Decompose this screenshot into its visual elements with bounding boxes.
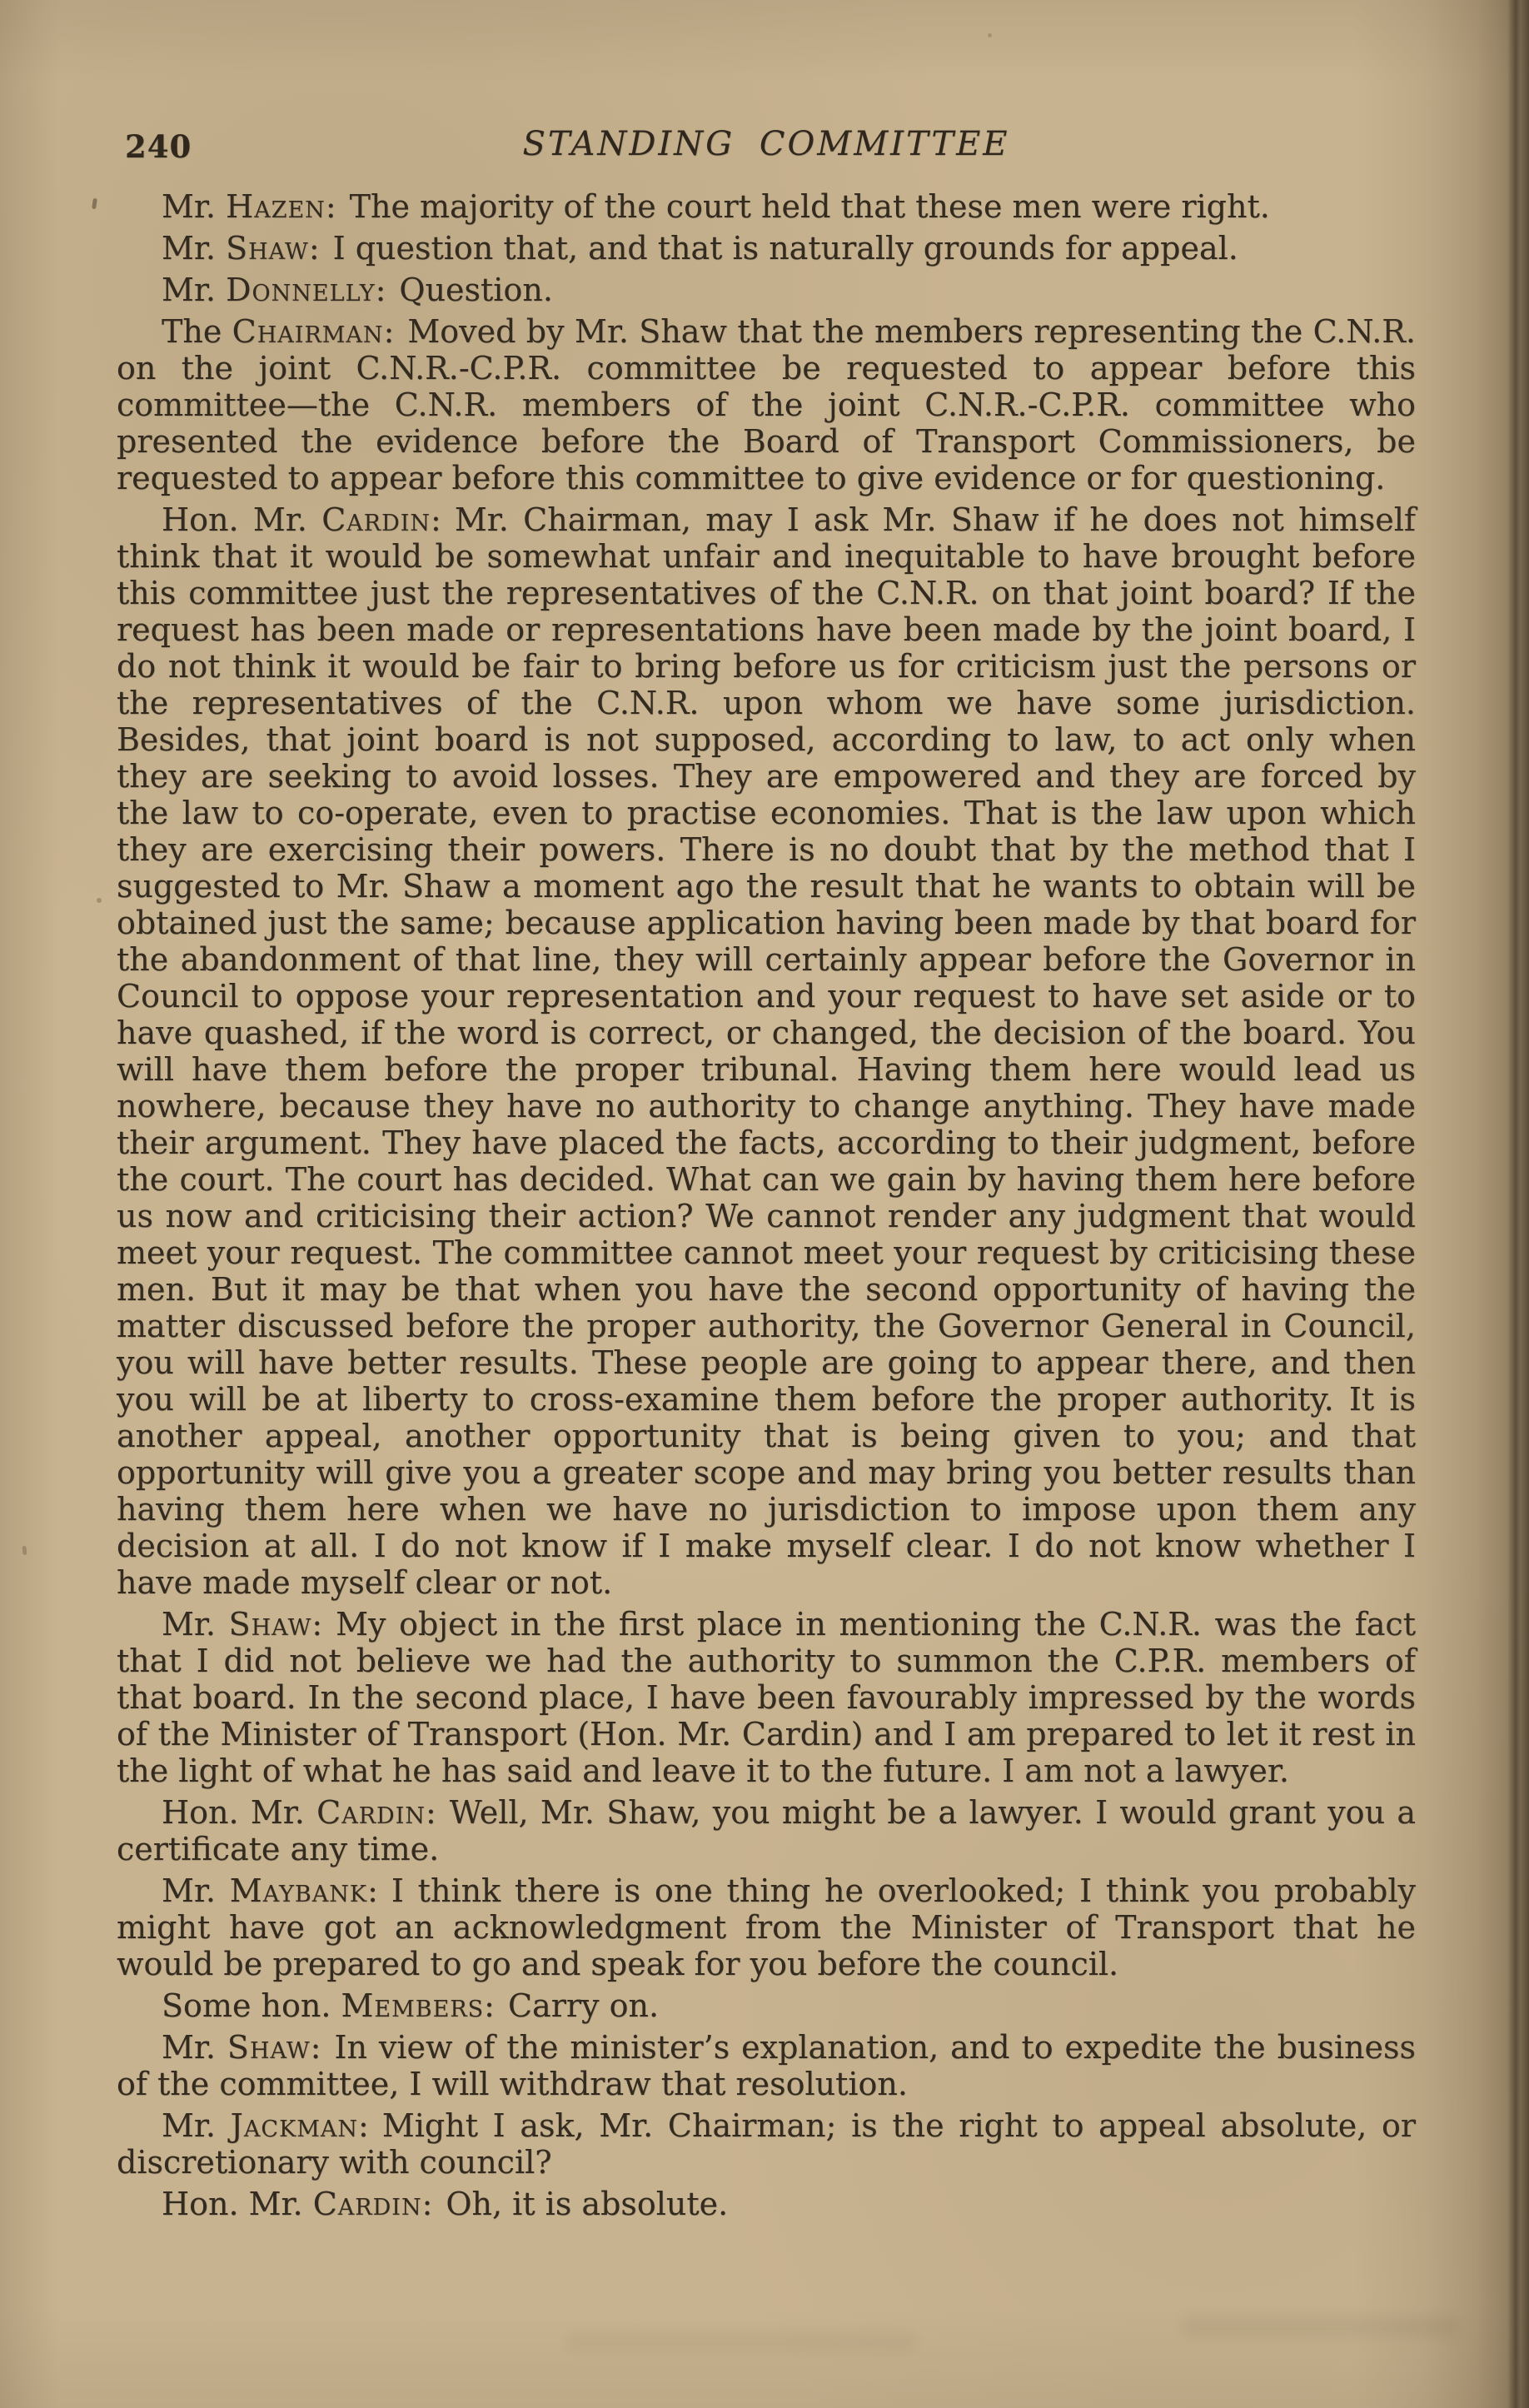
speaker-colon: : [311, 2029, 321, 2066]
speaker-label: Hon. Mr. Cardin: [162, 1794, 436, 1831]
paragraph: Some hon. Members:Carry on. [117, 1987, 1416, 2024]
speaker-name: Donnelly [226, 272, 376, 308]
speaker-name: Jackman [231, 2107, 358, 2144]
speaker-prefix: Hon. Mr. [162, 501, 307, 538]
speaker-colon: : [367, 1872, 378, 1909]
speaker-colon: : [384, 313, 395, 350]
paragraph: Mr. Maybank:I think there is one thing h… [117, 1872, 1416, 1982]
paragraph: Mr. Shaw:In view of the minister’s expla… [117, 2029, 1416, 2102]
speaker-name: Cardin [313, 2186, 422, 2222]
speaker-name: Shaw [226, 230, 309, 267]
speaker-prefix: Mr. [162, 188, 216, 225]
speech-text: Question. [399, 272, 552, 308]
speaker-name: Maybank [230, 1872, 367, 1909]
speech-text: Oh, it is absolute. [446, 2186, 728, 2222]
speaker-label: Mr. Maybank: [162, 1872, 378, 1909]
speaker-colon: : [326, 188, 336, 225]
speaker-label: Mr. Shaw: [162, 1606, 322, 1643]
paragraph: Hon. Mr. Cardin:Oh, it is absolute. [117, 2186, 1416, 2222]
speaker-prefix: Hon. Mr. [162, 2186, 303, 2222]
paragraph: Hon. Mr. Cardin:Mr. Chairman, may I ask … [117, 501, 1416, 1601]
speaker-label: Mr. Hazen: [162, 188, 336, 225]
speaker-label: Mr. Donnelly: [162, 272, 386, 308]
speaker-colon: : [311, 1606, 322, 1643]
speaker-label: Mr. Shaw: [162, 2029, 321, 2066]
speaker-label: The Chairman: [162, 313, 394, 350]
paragraph: Mr. Shaw:My object in the first place in… [117, 1606, 1416, 1789]
speaker-colon: : [422, 2186, 433, 2222]
speaker-label: Mr. Shaw: [162, 230, 320, 267]
speaker-label: Hon. Mr. Cardin: [162, 501, 441, 538]
paragraph: Mr. Jackman:Might I ask, Mr. Chairman; i… [117, 2107, 1416, 2181]
paragraph: Mr. Hazen:The majority of the court held… [117, 188, 1416, 225]
page-showthrough-ghost [566, 2332, 916, 2352]
speech-text: The majority of the court held that thes… [350, 188, 1270, 225]
speaker-name: Chairman [232, 313, 384, 350]
scan-speck [22, 1546, 27, 1555]
page-showthrough-ghost [1183, 2316, 1457, 2337]
paragraph: Mr. Shaw:I question that, and that is na… [117, 230, 1416, 267]
speaker-prefix: Mr. [162, 272, 216, 308]
speaker-prefix: Mr. [162, 1872, 216, 1909]
speaker-name: Cardin [321, 501, 431, 538]
speaker-prefix: Mr. [162, 2107, 216, 2144]
speaker-name: Members [341, 1987, 485, 2024]
speaker-colon: : [484, 1987, 495, 2024]
speech-text: Carry on. [508, 1987, 659, 2024]
speaker-prefix: Mr. [162, 230, 216, 267]
speaker-prefix: Hon. Mr. [162, 1794, 305, 1831]
speaker-name: Cardin [316, 1794, 426, 1831]
speaker-label: Mr. Jackman: [162, 2107, 369, 2144]
scanned-book-page: { "page": { "number": "240", "header": "… [0, 0, 1529, 2408]
paragraph: Hon. Mr. Cardin:Well, Mr. Shaw, you migh… [117, 1794, 1416, 1867]
paragraph: Mr. Donnelly:Question. [117, 272, 1416, 308]
speaker-prefix: Some hon. [162, 1987, 331, 2024]
speech-text: Mr. Chairman, may I ask Mr. Shaw if he d… [117, 501, 1416, 1601]
scan-speck [988, 33, 992, 37]
speaker-colon: : [376, 272, 386, 308]
page-header: 240 STANDING COMMITTEE [117, 125, 1416, 172]
speaker-name: Shaw [229, 1606, 312, 1643]
speaker-colon: : [358, 2107, 369, 2144]
paragraph: The Chairman:Moved by Mr. Shaw that the … [117, 313, 1416, 496]
transcript: Mr. Hazen:The majority of the court held… [117, 188, 1416, 2227]
speaker-prefix: Mr. [162, 2029, 216, 2066]
scan-speck [92, 198, 97, 210]
speaker-prefix: Mr. [162, 1606, 216, 1643]
speaker-colon: : [309, 230, 320, 267]
speaker-label: Hon. Mr. Cardin: [162, 2186, 432, 2222]
speaker-label: Some hon. Members: [162, 1987, 495, 2024]
speaker-name: Hazen [226, 188, 326, 225]
speaker-name: Shaw [227, 2029, 311, 2066]
speech-text: I question that, and that is naturally g… [333, 230, 1238, 267]
page-title: STANDING COMMITTEE [117, 125, 1416, 163]
speaker-colon: : [426, 1794, 436, 1831]
speaker-prefix: The [162, 313, 222, 350]
speaker-colon: : [431, 501, 441, 538]
scan-speck [97, 898, 102, 903]
page-number: 240 [125, 128, 192, 165]
